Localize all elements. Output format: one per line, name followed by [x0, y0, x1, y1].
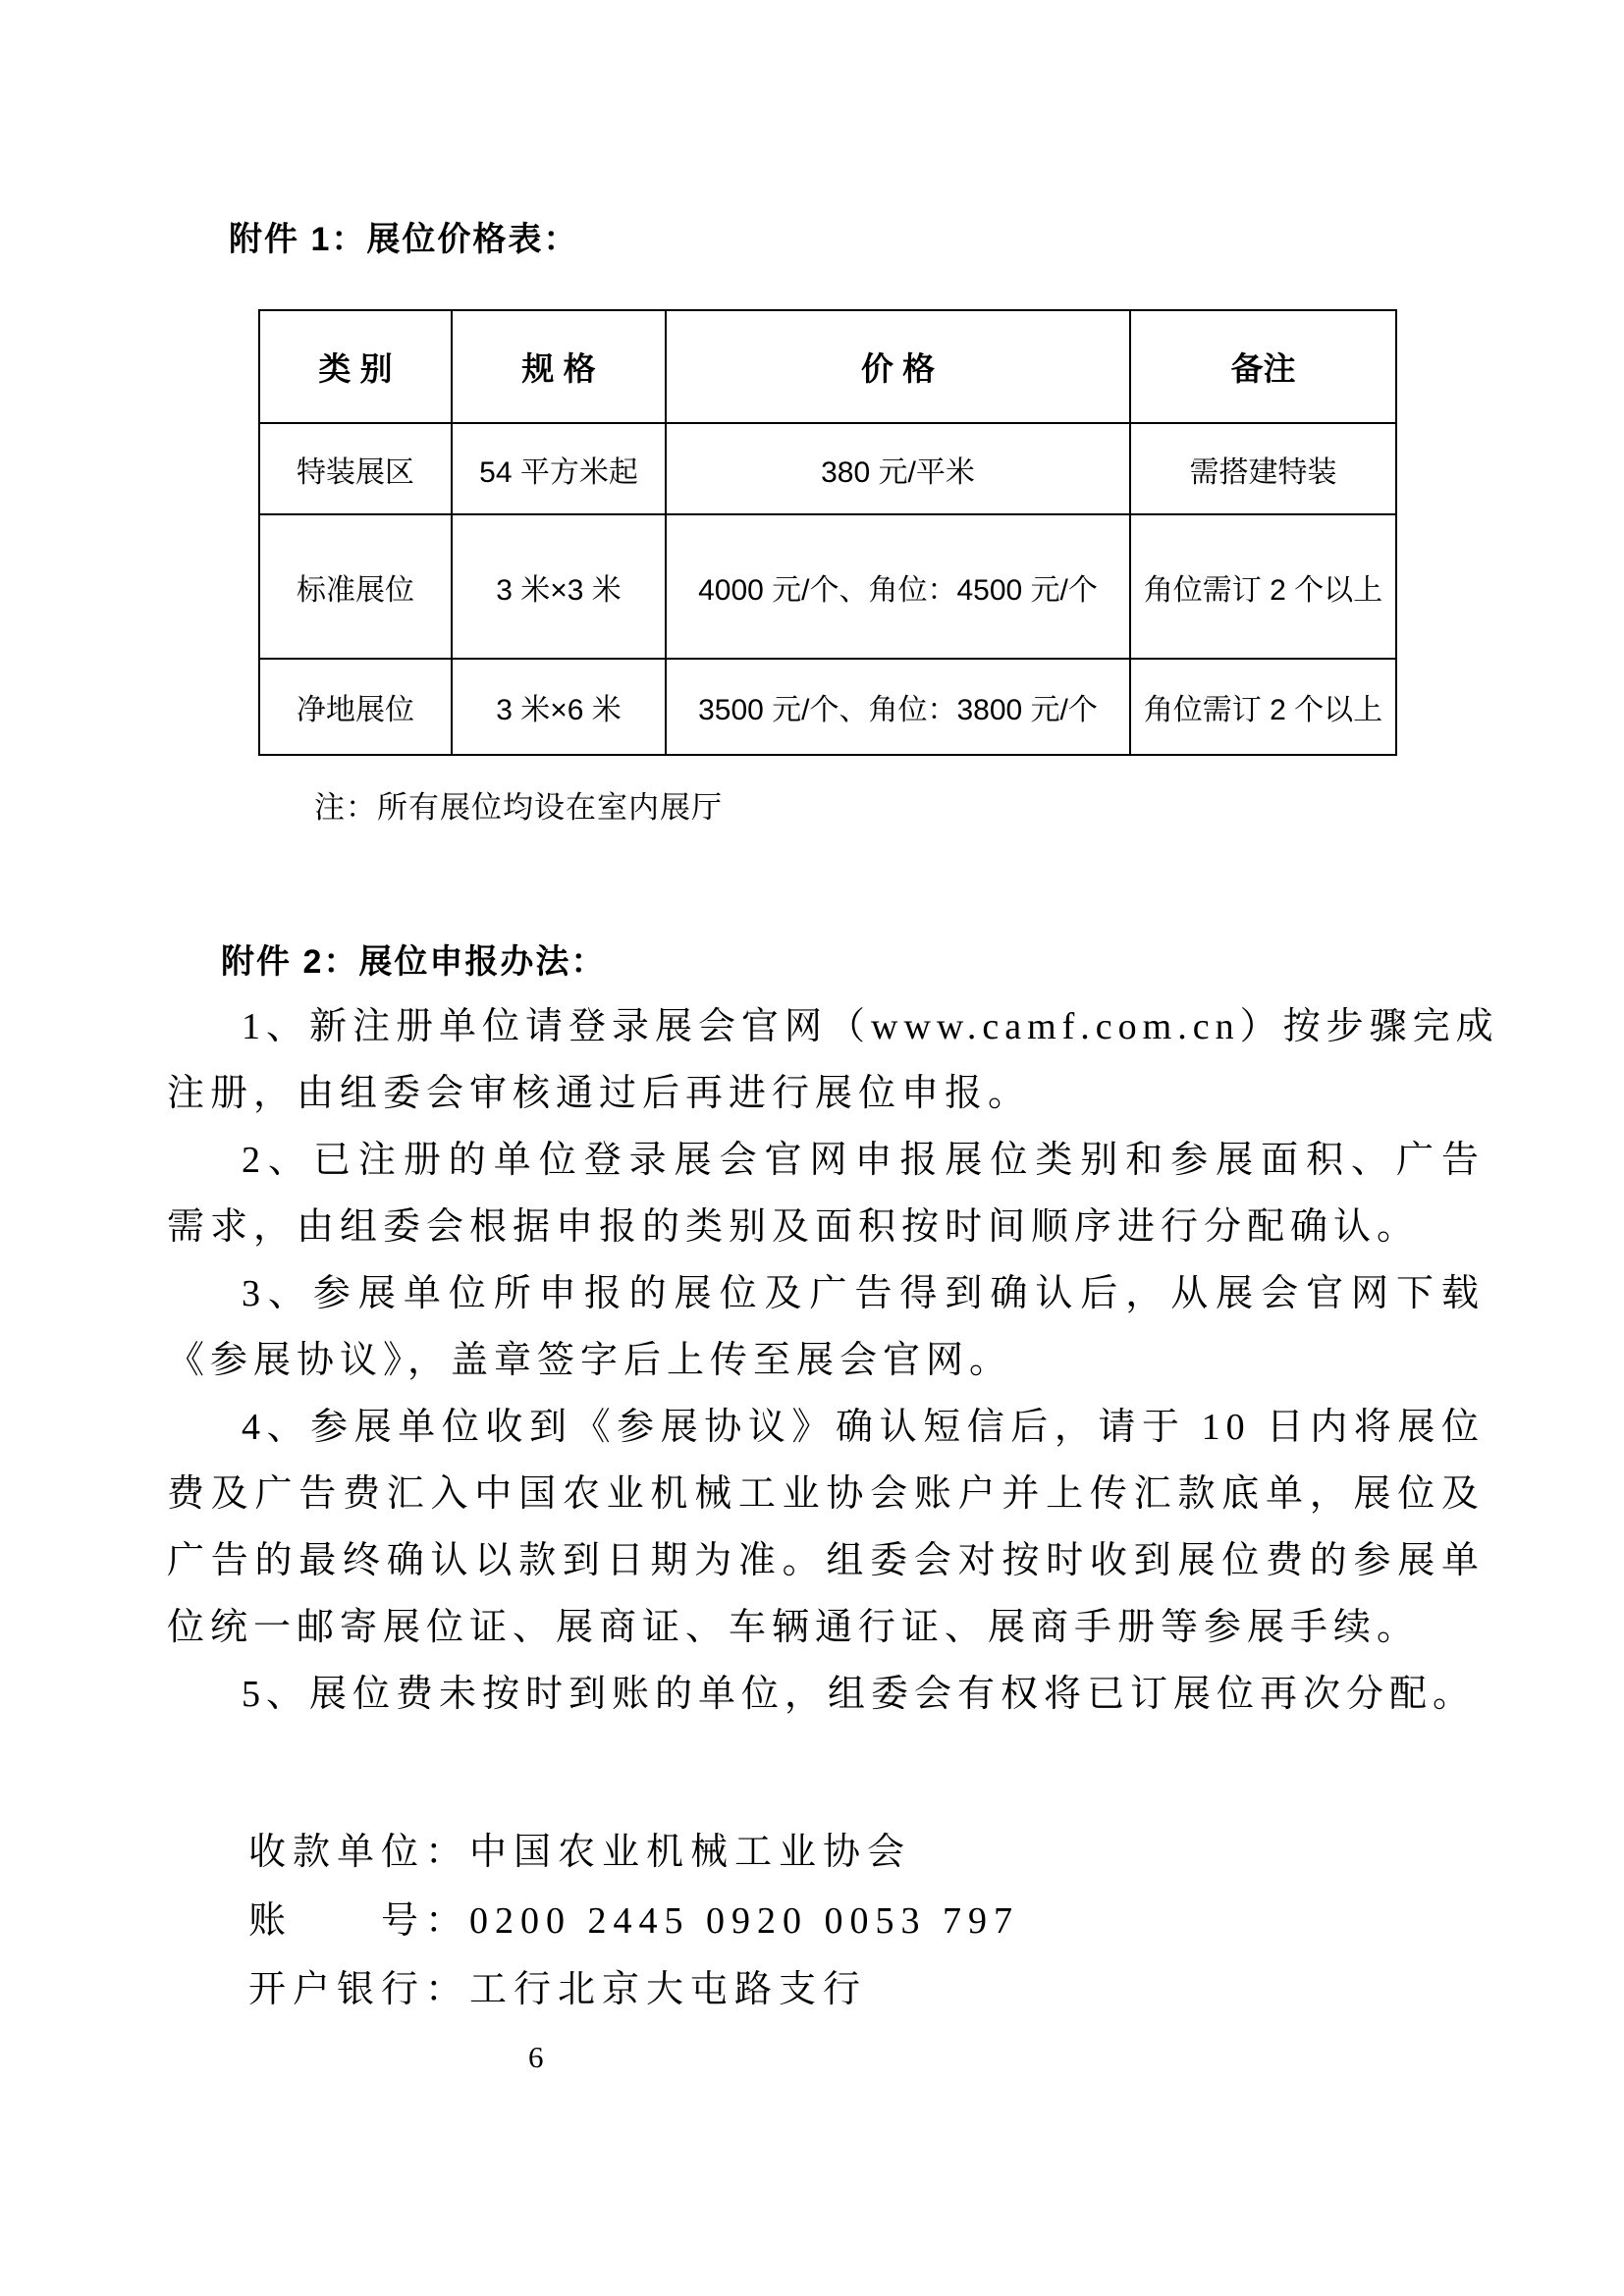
cell-spec: 3 米×6 米: [452, 659, 666, 755]
cell-price: 380 元/平米: [666, 423, 1130, 514]
paragraph-line: 5、展位费未按时到账的单位，组委会有权将已订展位再次分配。: [167, 1661, 1485, 1728]
table-note: 注：所有展位均设在室内展厅: [314, 782, 723, 827]
cell-remark: 需搭建特装: [1130, 423, 1396, 514]
table-row: 特装展区 54 平方米起 380 元/平米 需搭建特装: [259, 423, 1396, 514]
header-price: 价 格: [666, 310, 1130, 423]
cell-category: 净地展位: [259, 659, 452, 755]
booth-price-table: 类 别 规 格 价 格 备注 特装展区 54 平方米起 380 元/平米 需搭建…: [258, 309, 1397, 756]
header-remark: 备注: [1130, 310, 1396, 423]
cell-price: 3500 元/个、角位：3800 元/个: [666, 659, 1130, 755]
cell-spec: 54 平方米起: [452, 423, 666, 514]
cell-remark: 角位需订 2 个以上: [1130, 514, 1396, 659]
cell-remark: 角位需订 2 个以上: [1130, 659, 1396, 755]
paragraph-line: 《参展协议》，盖章签字后上传至展会官网。: [167, 1327, 1485, 1394]
attachment2-title: 附件 2：展位申报办法：: [221, 934, 606, 983]
header-spec: 规 格: [452, 310, 666, 423]
application-procedure-paragraphs: 1、新注册单位请登录展会官网（www.camf.com.cn）按步骤完成 注册，…: [167, 993, 1485, 1728]
paragraph-line: 4、参展单位收到《参展协议》确认短信后，请于 10 日内将展位: [167, 1394, 1485, 1461]
header-category: 类 别: [259, 310, 452, 423]
table-row: 净地展位 3 米×6 米 3500 元/个、角位：3800 元/个 角位需订 2…: [259, 659, 1396, 755]
payment-info-block: 收款单位：中国农业机械工业协会 账 号：0200 2445 0920 0053 …: [167, 1818, 1485, 2024]
paragraph-line: 需求，由组委会根据申报的类别及面积按时间顺序进行分配确认。: [167, 1194, 1485, 1260]
attachment1-title: 附件 1：展位价格表：: [229, 212, 578, 260]
cell-category: 标准展位: [259, 514, 452, 659]
paragraph-line: 1、新注册单位请登录展会官网（www.camf.com.cn）按步骤完成: [167, 993, 1485, 1060]
table-header-row: 类 别 规 格 价 格 备注: [259, 310, 1396, 423]
bank-line: 开户银行：工行北京大屯路支行: [167, 1955, 1485, 2024]
account-line: 账 号：0200 2445 0920 0053 797: [167, 1887, 1485, 1955]
cell-spec: 3 米×3 米: [452, 514, 666, 659]
table-row: 标准展位 3 米×3 米 4000 元/个、角位：4500 元/个 角位需订 2…: [259, 514, 1396, 659]
paragraph-line: 广告的最终确认以款到日期为准。组委会对按时收到展位费的参展单: [167, 1527, 1485, 1594]
cell-price: 4000 元/个、角位：4500 元/个: [666, 514, 1130, 659]
page-number: 6: [528, 2040, 544, 2075]
paragraph-line: 位统一邮寄展位证、展商证、车辆通行证、展商手册等参展手续。: [167, 1594, 1485, 1661]
cell-category: 特装展区: [259, 423, 452, 514]
paragraph-line: 2、已注册的单位登录展会官网申报展位类别和参展面积、广告: [167, 1127, 1485, 1194]
paragraph-line: 费及广告费汇入中国农业机械工业协会账户并上传汇款底单，展位及: [167, 1461, 1485, 1527]
payee-line: 收款单位：中国农业机械工业协会: [167, 1818, 1485, 1887]
document-page: 附件 1：展位价格表： 类 别 规 格 价 格 备注 特装展区 54 平方米起 …: [0, 0, 1624, 2296]
paragraph-line: 3、参展单位所申报的展位及广告得到确认后，从展会官网下载: [167, 1260, 1485, 1327]
paragraph-line: 注册，由组委会审核通过后再进行展位申报。: [167, 1060, 1485, 1127]
